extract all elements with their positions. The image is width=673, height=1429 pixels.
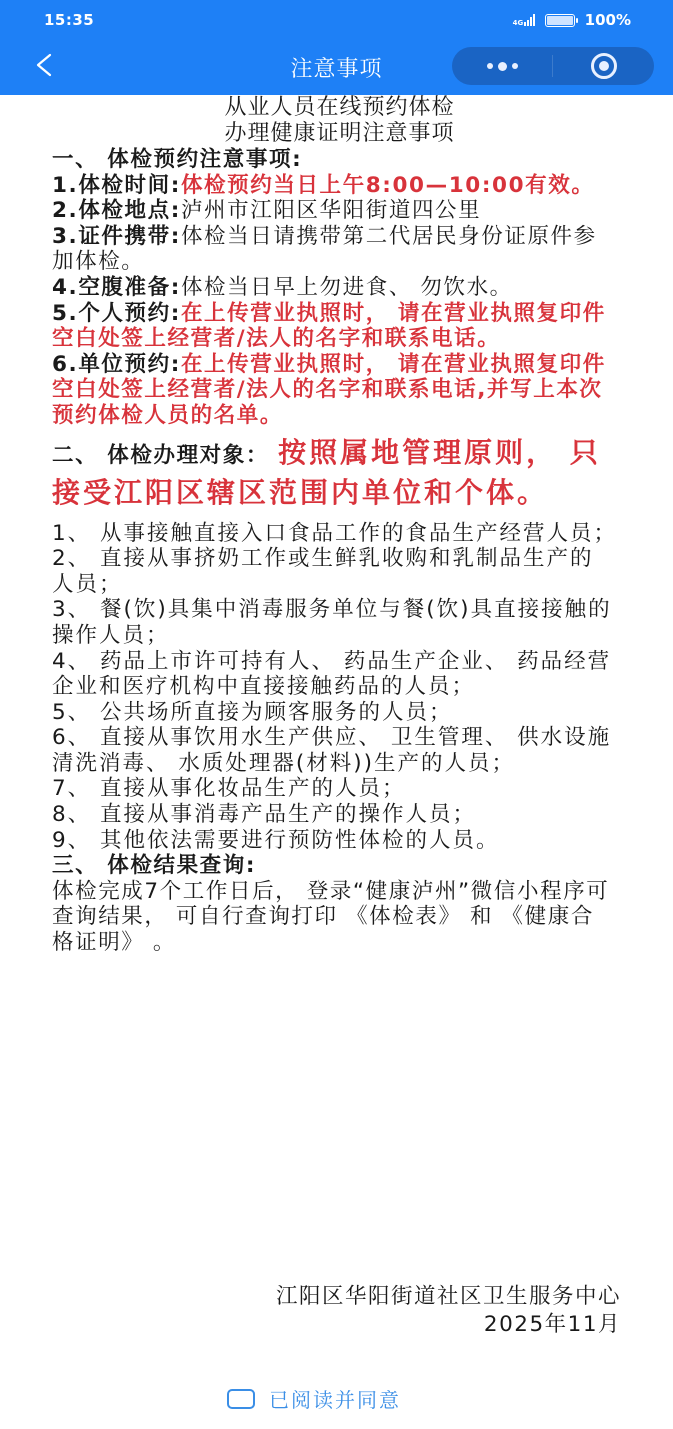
title-line-1: 从业人员在线预约体检 [62, 95, 617, 121]
section-1: 一、 体检预约注意事项: 1.体检时间:体检预约当日上午8:00—10:00有效… [52, 147, 617, 429]
item-label: 5.个人预约: [52, 301, 181, 326]
list-item: 8、 直接从事消毒产品生产的操作人员； [52, 802, 617, 828]
status-right: 4G 100% [513, 11, 631, 29]
item-label: 1.体检时间: [52, 173, 181, 198]
target-circle-icon [591, 53, 617, 79]
section-2: 二、 体检办理对象： 按照属地管理原则， 只接受江阳区辖区范围内单位和个体。 1… [52, 435, 617, 854]
more-dots-icon [487, 62, 518, 71]
item-label: 4.空腹准备: [52, 275, 181, 300]
chevron-left-icon [30, 50, 60, 80]
agree-checkbox[interactable] [227, 1389, 255, 1409]
item-label: 6.单位预约: [52, 352, 181, 377]
item-6: 6.单位预约:在上传营业执照时， 请在营业执照复印件空白处签上经营者/法人的名字… [52, 352, 617, 429]
status-bar: 15:35 4G 100% [0, 0, 673, 40]
list-item: 5、 公共场所直接为顾客服务的人员； [52, 700, 617, 726]
section-3-text: 体检完成7个工作日后， 登录“健康泸州”微信小程序可查询结果， 可自行查询打印 … [52, 879, 617, 956]
section-3: 三、 体检结果查询: 体检完成7个工作日后， 登录“健康泸州”微信小程序可查询结… [52, 853, 617, 955]
top-bar: 15:35 4G 100% 注意事项 [0, 0, 673, 95]
item-2: 2.体检地点:泸州市江阳区华阳街道四公里 [52, 198, 617, 224]
item-5: 5.个人预约:在上传营业执照时， 请在营业执照复印件空白处签上经营者/法人的名字… [52, 301, 617, 352]
list-item: 6、 直接从事饮用水生产供应、 卫生管理、 供水设施清洗消毒、 水质处理器(材料… [52, 725, 617, 776]
miniprogram-capsule [452, 47, 654, 85]
item-text: 泸州市江阳区华阳街道四公里 [181, 198, 481, 223]
more-button[interactable] [452, 47, 552, 85]
signature-block: 江阳区华阳街道社区卫生服务中心 2025年11月 [276, 1283, 621, 1339]
item-4: 4.空腹准备:体检当日早上勿进食、 勿饮水。 [52, 275, 617, 301]
item-3: 3.证件携带:体检当日请携带第二代居民身份证原件参加体检。 [52, 224, 617, 275]
item-label: 3.证件携带: [52, 224, 181, 249]
agree-checkbox-row[interactable]: 已阅读并同意 [227, 1384, 401, 1413]
title-line-2: 办理健康证明注意事项 [62, 121, 617, 147]
item-text: 体检预约当日上午8:00—10:00有效。 [181, 173, 595, 198]
item-text: 体检当日早上勿进食、 勿饮水。 [181, 275, 513, 300]
document-title: 从业人员在线预约体检 办理健康证明注意事项 [52, 95, 617, 147]
battery-icon [545, 14, 575, 27]
section-3-heading: 三、 体检结果查询: [52, 853, 617, 879]
section-2-heading-block: 二、 体检办理对象： 按照属地管理原则， 只接受江阳区辖区范围内单位和个体。 [52, 435, 617, 515]
agree-label[interactable]: 已阅读并同意 [269, 1384, 401, 1413]
close-miniprogram-button[interactable] [553, 47, 654, 85]
status-time: 15:35 [44, 11, 94, 29]
nav-bar: 注意事项 [0, 40, 673, 95]
section-2-heading: 二、 体检办理对象： [52, 443, 278, 468]
list-item: 3、 餐(饮)具集中消毒服务单位与餐(饮)具直接接触的操作人员； [52, 597, 617, 648]
list-item: 9、 其他依法需要进行预防性体检的人员。 [52, 828, 617, 854]
issuing-organization: 江阳区华阳街道社区卫生服务中心 [276, 1283, 621, 1311]
issue-date: 2025年11月 [276, 1311, 621, 1339]
section-1-heading: 一、 体检预约注意事项: [52, 147, 617, 173]
list-item: 4、 药品上市许可持有人、 药品生产企业、 药品经营企业和医疗机构中直接接触药品… [52, 649, 617, 700]
list-item: 1、 从事接触直接入口食品工作的食品生产经营人员； [52, 521, 617, 547]
battery-percent: 100% [585, 11, 631, 29]
item-1: 1.体检时间:体检预约当日上午8:00—10:00有效。 [52, 173, 617, 199]
list-item: 7、 直接从事化妆品生产的人员； [52, 776, 617, 802]
back-button[interactable] [30, 50, 60, 80]
eligible-list: 1、 从事接触直接入口食品工作的食品生产经营人员； 2、 直接从事挤奶工作或生鲜… [52, 521, 617, 854]
signal-icon: 4G [513, 14, 535, 26]
notice-content: 从业人员在线预约体检 办理健康证明注意事项 一、 体检预约注意事项: 1.体检时… [52, 95, 617, 956]
item-label: 2.体检地点: [52, 198, 181, 223]
list-item: 2、 直接从事挤奶工作或生鲜乳收购和乳制品生产的人员； [52, 546, 617, 597]
